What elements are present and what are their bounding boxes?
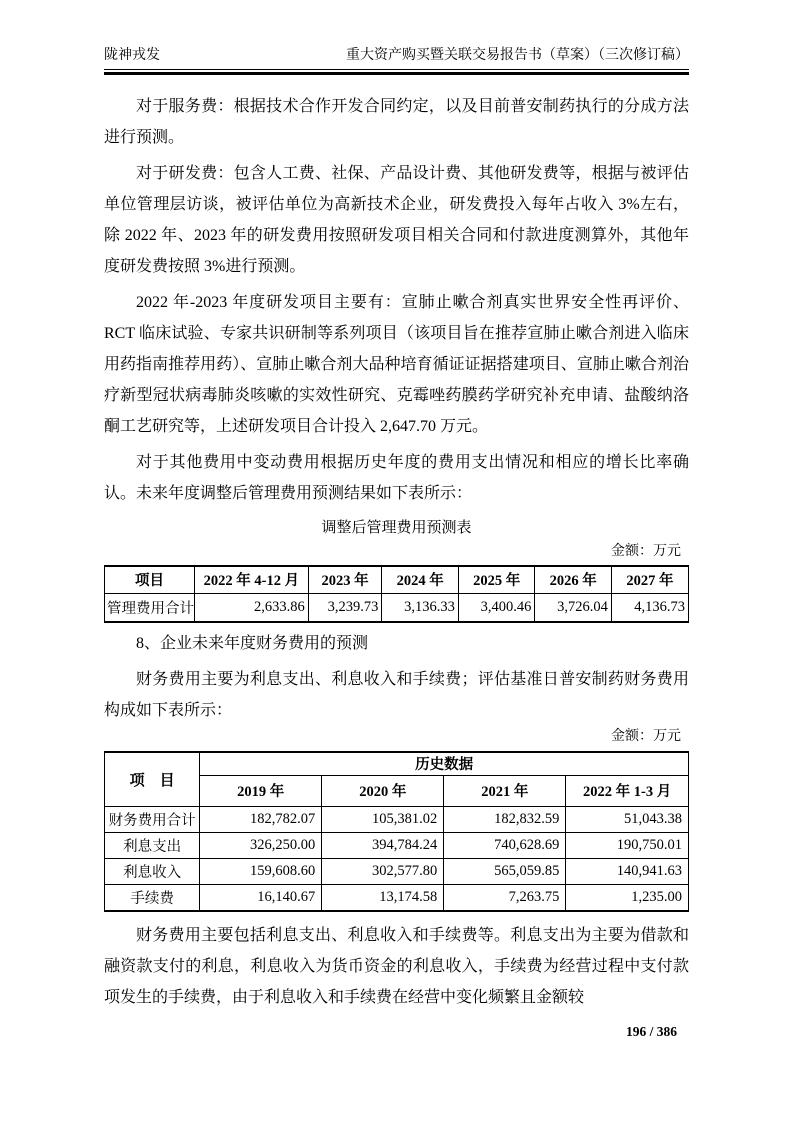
paragraph-rd-projects: 2022 年-2023 年度研发项目主要有：宣肺止嗽合剂真实世界安全性再评价、R… — [104, 287, 689, 442]
header-rule — [104, 72, 689, 75]
table1-header-2027: 2027 年 — [611, 566, 688, 594]
finance-expense-history-table: 项 目 历史数据 2019 年 2020 年 2021 年 2022 年 1-3… — [104, 751, 689, 912]
header-right-title: 重大资产购买暨关联交易报告书（草案）（三次修订稿） — [346, 46, 689, 66]
table1-header-2026: 2026 年 — [535, 566, 612, 594]
table2-header-2020: 2020 年 — [322, 775, 444, 806]
table-header-row: 项 目 历史数据 — [105, 752, 689, 776]
table2-cell: 740,628.69 — [444, 832, 566, 858]
header-left-title: 陇神戎发 — [104, 46, 160, 66]
adjusted-admin-expense-forecast-table: 项目 2022 年 4-12 月 2023 年 2024 年 2025 年 20… — [104, 565, 689, 623]
paragraph-rd-fee: 对于研发费：包含人工费、社保、产品设计费、其他研发费等，根据与被评估单位管理层访… — [104, 158, 689, 282]
table2-cell: 302,577.80 — [322, 858, 444, 884]
table2-row-label: 利息收入 — [105, 858, 200, 884]
table2-cell: 16,140.67 — [200, 884, 322, 911]
table2-cell: 394,784.24 — [322, 832, 444, 858]
table2-cell: 565,059.85 — [444, 858, 566, 884]
table1-cell: 4,136.73 — [611, 593, 688, 622]
table1-unit-label: 金额：万元 — [104, 541, 689, 563]
table2-cell: 105,381.02 — [322, 806, 444, 832]
table2-cell: 326,250.00 — [200, 832, 322, 858]
table1-title: 调整后管理费用预测表 — [104, 515, 689, 541]
table2-cell: 182,832.59 — [444, 806, 566, 832]
table-row: 财务费用合计 182,782.07 105,381.02 182,832.59 … — [105, 806, 689, 832]
table1-cell: 3,726.04 — [535, 593, 612, 622]
table1-header-2022: 2022 年 4-12 月 — [194, 566, 308, 594]
page-number: 196 / 386 — [626, 1022, 677, 1042]
paragraph-finance-fee-detail: 财务费用主要包括利息支出、利息收入和手续费等。利息支出为主要为借款和融资款支付的… — [104, 920, 689, 1013]
table2-header-item: 项 目 — [105, 752, 200, 807]
table2-row-label: 利息支出 — [105, 832, 200, 858]
table1-cell: 3,136.33 — [382, 593, 459, 622]
table2-header-history: 历史数据 — [200, 752, 689, 776]
table2-cell: 13,174.58 — [322, 884, 444, 911]
table-row: 利息支出 326,250.00 394,784.24 740,628.69 19… — [105, 832, 689, 858]
table1-cell: 3,400.46 — [458, 593, 535, 622]
table2-cell: 159,608.60 — [200, 858, 322, 884]
table1-header-2025: 2025 年 — [458, 566, 535, 594]
table2-header-2021: 2021 年 — [444, 775, 566, 806]
table1-cell: 3,239.73 — [308, 593, 382, 622]
section-heading-8: 8、企业未来年度财务费用的预测 — [104, 628, 689, 659]
document-page: 陇神戎发 重大资产购买暨关联交易报告书（草案）（三次修订稿） 对于服务费：根据技… — [0, 0, 793, 1122]
table2-row-label: 财务费用合计 — [105, 806, 200, 832]
paragraph-other-fee: 对于其他费用中变动费用根据历史年度的费用支出情况和相应的增长比率确认。未来年度调… — [104, 447, 689, 509]
table1-cell: 2,633.86 — [194, 593, 308, 622]
table-header-row: 项目 2022 年 4-12 月 2023 年 2024 年 2025 年 20… — [105, 566, 689, 594]
table2-cell: 182,782.07 — [200, 806, 322, 832]
table2-cell: 51,043.38 — [566, 806, 689, 832]
table1-header-2023: 2023 年 — [308, 566, 382, 594]
table2-header-2022q1: 2022 年 1-3 月 — [566, 775, 689, 806]
table-row: 利息收入 159,608.60 302,577.80 565,059.85 14… — [105, 858, 689, 884]
table-row: 手续费 16,140.67 13,174.58 7,263.75 1,235.0… — [105, 884, 689, 911]
paragraph-service-fee: 对于服务费：根据技术合作开发合同约定，以及目前普安制药执行的分成方法进行预测。 — [104, 91, 689, 153]
table2-cell: 7,263.75 — [444, 884, 566, 911]
page-header: 陇神戎发 重大资产购买暨关联交易报告书（草案）（三次修订稿） — [104, 46, 689, 70]
table2-cell: 190,750.01 — [566, 832, 689, 858]
table2-unit-label: 金额：万元 — [104, 726, 689, 748]
table1-header-item: 项目 — [105, 566, 195, 594]
paragraph-finance-fee-intro: 财务费用主要为利息支出、利息收入和手续费；评估基准日普安制药财务费用构成如下表所… — [104, 664, 689, 726]
table2-header-2019: 2019 年 — [200, 775, 322, 806]
document-body: 对于服务费：根据技术合作开发合同约定，以及目前普安制药执行的分成方法进行预测。 … — [104, 91, 689, 1013]
table-row: 管理费用合计 2,633.86 3,239.73 3,136.33 3,400.… — [105, 593, 689, 622]
table2-cell: 140,941.63 — [566, 858, 689, 884]
table2-cell: 1,235.00 — [566, 884, 689, 911]
table1-header-2024: 2024 年 — [382, 566, 459, 594]
table2-row-label: 手续费 — [105, 884, 200, 911]
table1-row-label: 管理费用合计 — [105, 593, 195, 622]
